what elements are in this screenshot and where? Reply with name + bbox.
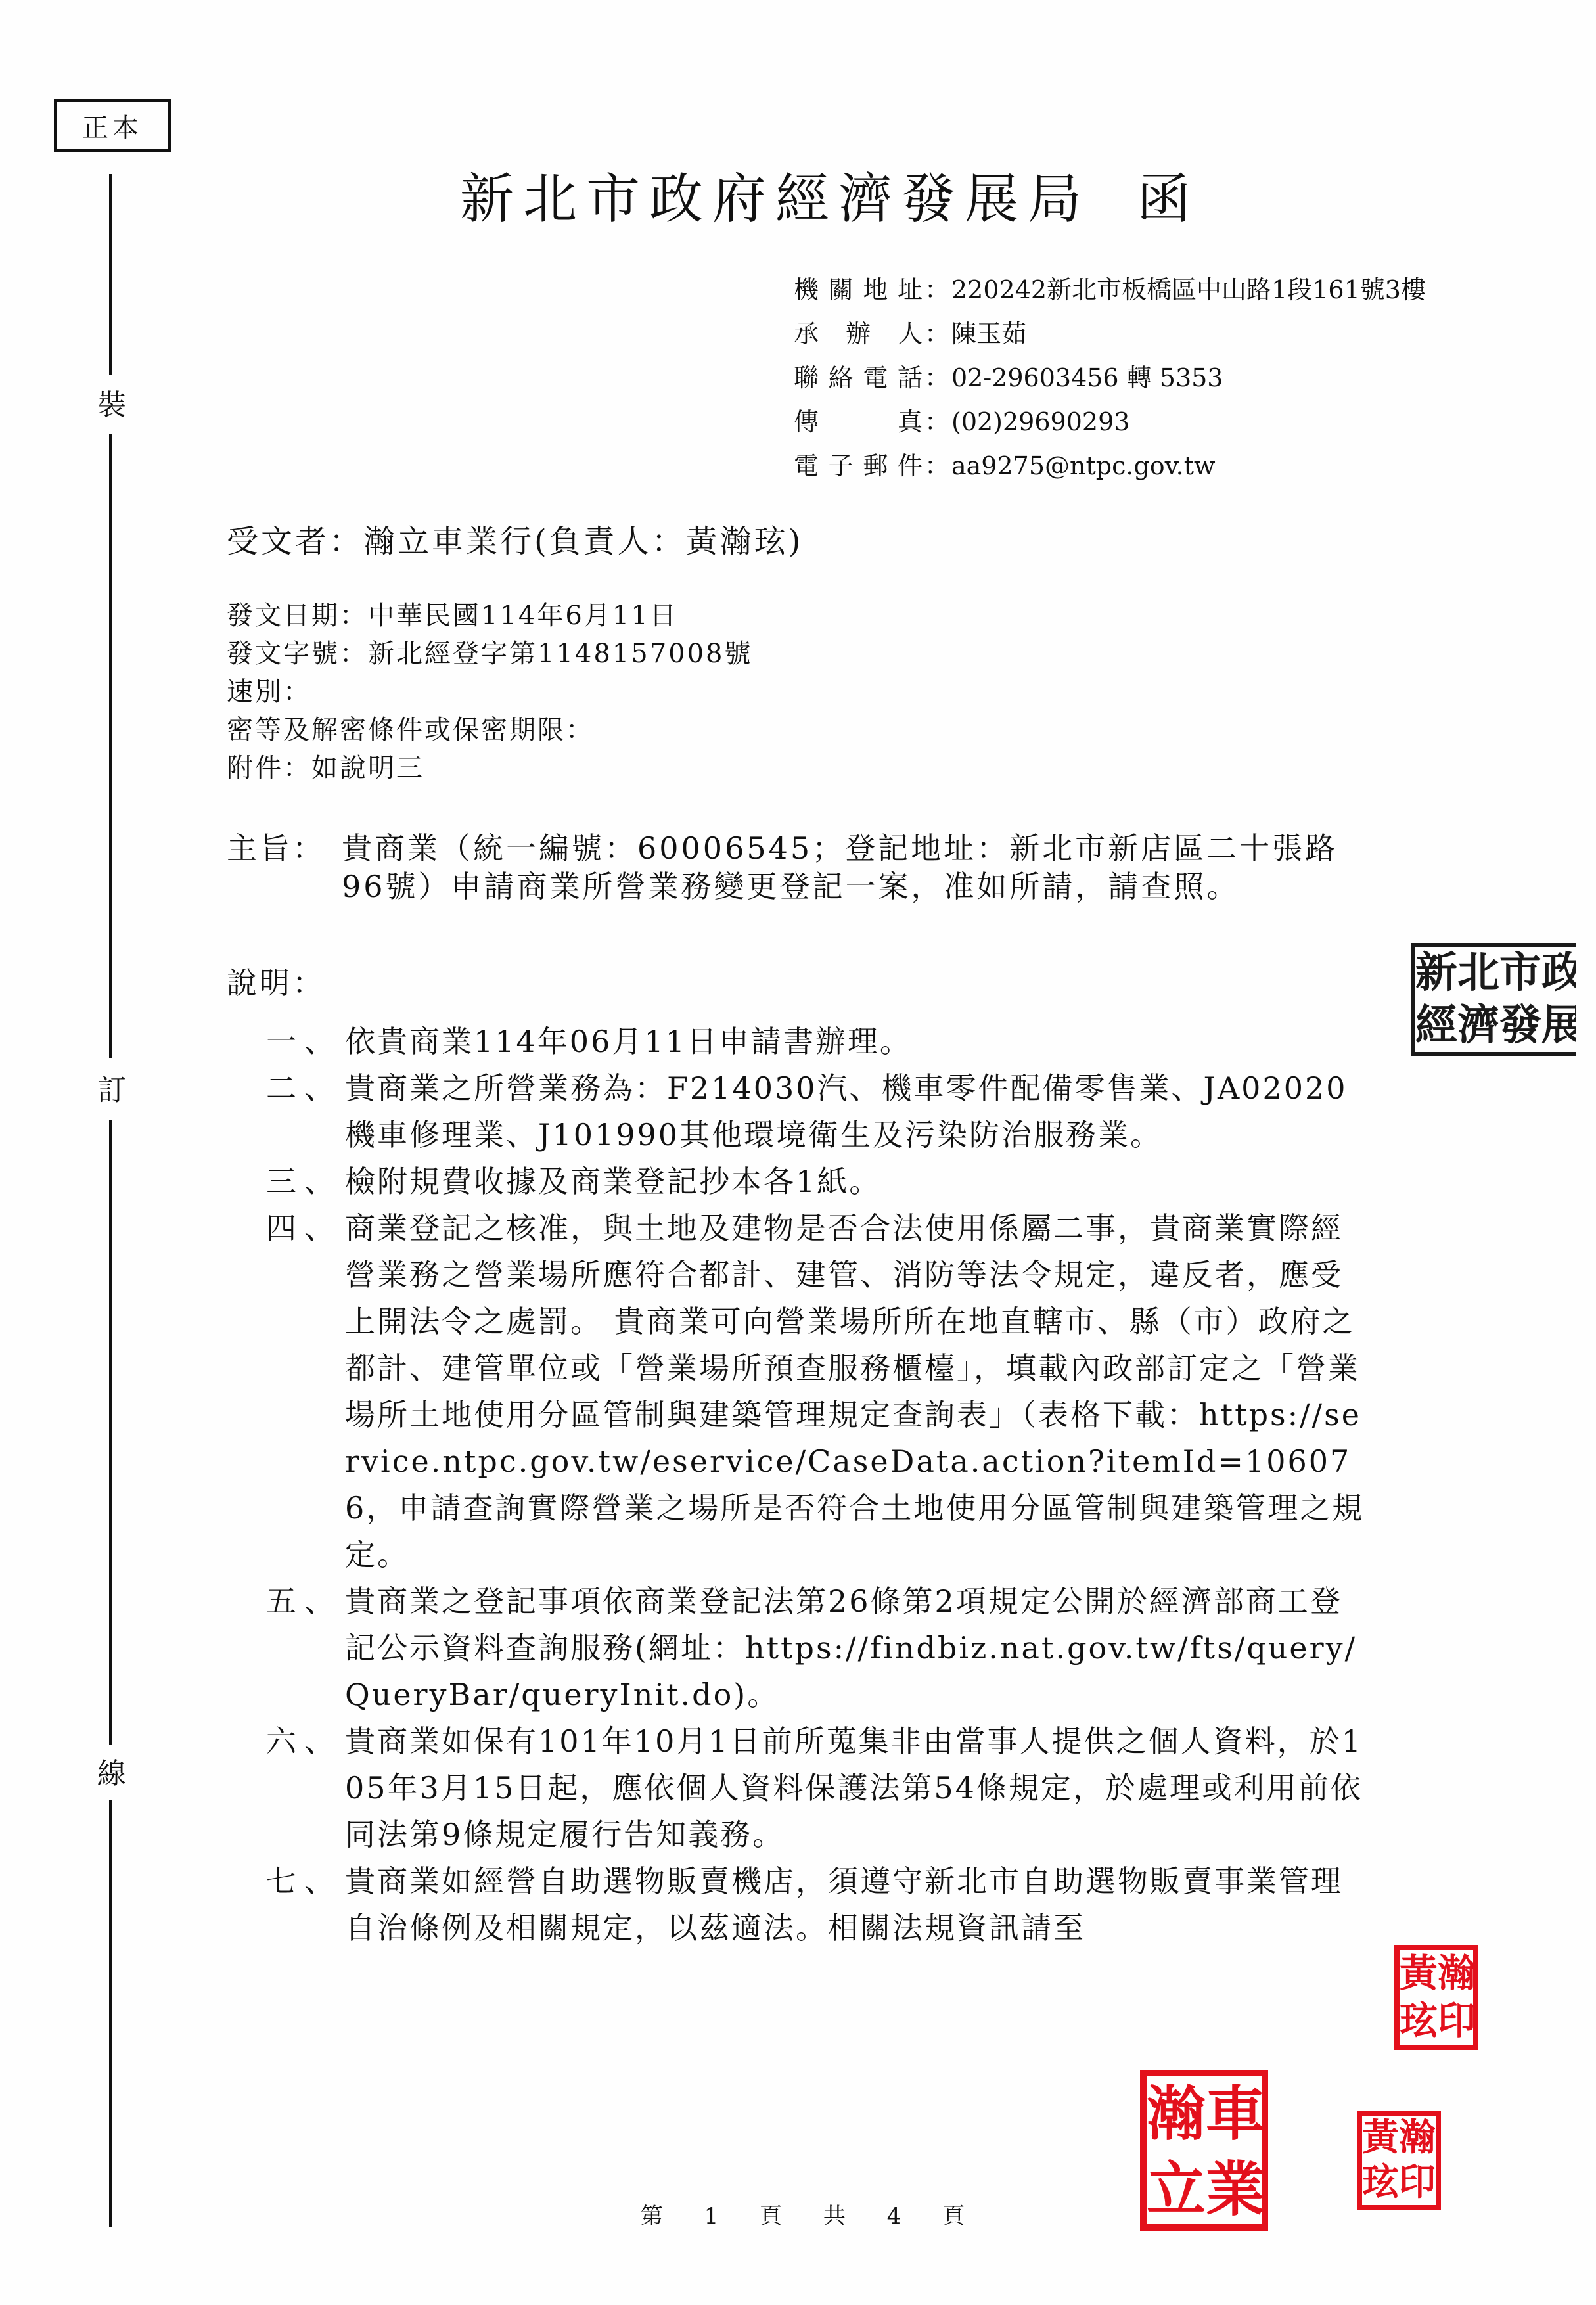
bureau-seal-stamp: 新 北 市 政 經 濟 發 展: [1411, 943, 1576, 1056]
contact-address: 機關地址：220242新北市板橋區中山路1段161號3樓: [794, 268, 1426, 312]
explanation-item: 三、 檢附規費收據及商業登記抄本各1紙。: [266, 1158, 1370, 1205]
contact-label: 聯絡電話: [794, 356, 923, 400]
explanation-item: 七、 貴商業如經營自助選物販賣機店，須遵守新北市自助選物販賣事業管理自治條例及相…: [266, 1858, 1370, 1951]
document-type: 函: [1137, 168, 1200, 231]
binding-line-segment: [109, 1120, 112, 1745]
contact-value: (02)29690293: [951, 400, 1129, 444]
item-number: 三、: [266, 1158, 342, 1205]
contact-value: 陳玉茹: [951, 312, 1026, 356]
contact-label: 電子郵件: [794, 444, 923, 488]
seal-glyph: 瀚: [1399, 2116, 1436, 2160]
seal-glyph: 瀚: [1438, 1950, 1476, 1997]
item-number: 一、: [266, 1018, 342, 1065]
recipient-value: 瀚立車業行(負責人：黃瀚玹): [363, 523, 803, 560]
colon: ：: [923, 312, 951, 356]
subject-label: 主旨：: [227, 829, 325, 867]
item-text: 貴商業如保有101年10月1日前所蒐集非由當事人提供之個人資料，於105年3月1…: [345, 1718, 1370, 1858]
urgency: 速別：: [227, 673, 753, 711]
explanation-items: 一、 依貴商業114年06月11日申請書辦理。 二、 貴商業之所營業務為：F21…: [266, 1018, 1370, 1951]
seal-glyph: 發: [1499, 999, 1541, 1052]
contact-email: 電子郵件：aa9275@ntpc.gov.tw: [794, 444, 1426, 488]
attachments: 附件：如說明三: [227, 749, 753, 787]
explanation-item: 一、 依貴商業114年06月11日申請書辦理。: [266, 1018, 1370, 1065]
item-text: 貴商業之登記事項依商業登記法第26條第2項規定公開於經濟部商工登記公示資料查詢服…: [345, 1578, 1370, 1718]
item-text: 貴商業如經營自助選物販賣機店，須遵守新北市自助選物販賣事業管理自治條例及相關規定…: [345, 1858, 1370, 1951]
binding-mark-zhuang: 裝: [92, 386, 131, 425]
item-number: 六、: [266, 1718, 342, 1765]
contact-phone: 聯絡電話：02-29603456 轉 5353: [794, 356, 1426, 400]
colon: ：: [923, 268, 951, 312]
item-number: 五、: [266, 1578, 342, 1625]
seal-glyph: 黃: [1400, 1950, 1438, 1997]
item-number: 四、: [266, 1205, 342, 1252]
item-text: 商業登記之核准，與土地及建物是否合法使用係屬二事，貴商業實際經營業務之營業場所應…: [345, 1205, 1370, 1578]
binding-line-segment: [109, 1800, 112, 2227]
explanation-item: 四、 商業登記之核准，與土地及建物是否合法使用係屬二事，貴商業實際經營業務之營業…: [266, 1205, 1370, 1578]
seal-glyph: 濟: [1457, 999, 1499, 1052]
seal-glyph: 印: [1438, 1997, 1476, 2045]
seal-glyph: 市: [1499, 947, 1541, 999]
binding-mark-ding: 訂: [92, 1071, 131, 1110]
explanation-item: 五、 貴商業之登記事項依商業登記法第26條第2項規定公開於經濟部商工登記公示資料…: [266, 1578, 1370, 1718]
seal-glyph: 新: [1415, 947, 1457, 999]
issue-date: 發文日期：中華民國114年6月11日: [227, 597, 753, 635]
item-text: 檢附規費收據及商業登記抄本各1紙。: [345, 1158, 1370, 1205]
colon: ：: [923, 444, 951, 488]
contact-handler: 承辦人：陳玉茹: [794, 312, 1426, 356]
binding-mark-xian: 線: [92, 1754, 131, 1794]
binding-line-segment: [109, 434, 112, 1058]
binding-line-segment: [109, 174, 112, 375]
seal-glyph: 車: [1206, 2076, 1265, 2152]
copy-type-label: 正本: [82, 107, 143, 145]
document-number: 發文字號：新北經登字第1148157008號: [227, 635, 753, 673]
explanation-label: 說明：: [227, 959, 325, 1003]
owner-seal-stamp: 黃 瀚 玹 印: [1394, 1945, 1478, 2050]
item-number: 七、: [266, 1858, 342, 1905]
owner-seal-stamp-secondary: 黃 瀚 玹 印: [1357, 2111, 1441, 2210]
subject-section: 主旨： 貴商業（統一編號：60006545；登記地址：新北市新店區二十張路96號…: [227, 829, 1370, 905]
seal-glyph: 黃: [1362, 2116, 1399, 2160]
seal-glyph: 經: [1415, 999, 1457, 1052]
contact-email-value[interactable]: aa9275@ntpc.gov.tw: [951, 444, 1216, 488]
contact-value: 02-29603456 轉 5353: [951, 356, 1223, 400]
subject-text: 貴商業（統一編號：60006545；登記地址：新北市新店區二十張路96號）申請商…: [342, 829, 1370, 905]
explanation-item: 二、 貴商業之所營業務為：F214030汽、機車零件配備零售業、JA02020機…: [266, 1065, 1370, 1158]
recipient-label: 受文者：: [227, 523, 363, 560]
contact-label: 承辦人: [794, 312, 923, 356]
explanation-item: 六、 貴商業如保有101年10月1日前所蒐集非由當事人提供之個人資料，於105年…: [266, 1718, 1370, 1858]
classification: 密等及解密條件或保密期限：: [227, 711, 753, 749]
item-text: 依貴商業114年06月11日申請書辦理。: [345, 1018, 1370, 1065]
seal-glyph: 政: [1541, 947, 1576, 999]
copy-type-box: 正本: [54, 99, 171, 152]
contact-fax: 傳真：(02)29690293: [794, 400, 1426, 444]
agency-name: 新北市政府經濟發展局: [460, 168, 1091, 231]
recipient-line: 受文者：瀚立車業行(負責人：黃瀚玹): [227, 516, 803, 561]
item-number: 二、: [266, 1065, 342, 1112]
seal-glyph: 玹: [1400, 1997, 1438, 2045]
page-number: 第 1 頁 共 4 頁: [0, 2198, 1596, 2230]
document-meta: 發文日期：中華民國114年6月11日 發文字號：新北經登字第1148157008…: [227, 597, 753, 787]
colon: ：: [923, 400, 951, 444]
contact-block: 機關地址：220242新北市板橋區中山路1段161號3樓 承辦人：陳玉茹 聯絡電…: [794, 268, 1426, 488]
item-text: 貴商業之所營業務為：F214030汽、機車零件配備零售業、JA02020機車修理…: [345, 1065, 1370, 1158]
document-title: 新北市政府經濟發展局函: [460, 156, 1200, 233]
contact-value: 220242新北市板橋區中山路1段161號3樓: [951, 268, 1426, 312]
contact-label: 機關地址: [794, 268, 923, 312]
contact-label: 傳真: [794, 400, 923, 444]
document-page: 正本 裝 訂 線 新北市政府經濟發展局函 機關地址：220242新北市板橋區中山…: [0, 0, 1596, 2305]
seal-glyph: 瀚: [1147, 2076, 1206, 2152]
seal-glyph: 展: [1541, 999, 1576, 1052]
colon: ：: [923, 356, 951, 400]
seal-glyph: 北: [1457, 947, 1499, 999]
binding-line: 裝 訂 線: [92, 174, 131, 2231]
